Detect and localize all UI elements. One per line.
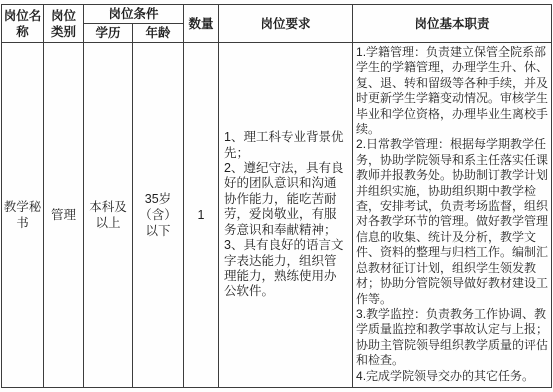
cell-position-category: 管理: [44, 43, 84, 388]
cell-education: 本科及以上: [84, 43, 133, 388]
header-position-category: 岗位类别: [44, 5, 84, 43]
cell-requirements: 1、理工科专业背景优先； 2、遵纪守法，具有良好的团队意识和沟通协作能力，能吃苦…: [219, 43, 353, 388]
header-position-name: 岗位名称: [2, 5, 44, 43]
cell-duties: 1.学籍管理：负责建立保管全院系部学生的学籍管理，办理学生升、休、复、退、转和留…: [353, 43, 552, 388]
table-row: 教学秘书 管理 本科及以上 35岁 （含） 以下 1 1、理工科专业背景优先； …: [2, 43, 552, 388]
header-requirements: 岗位要求: [219, 5, 353, 43]
header-position-conditions: 岗位条件: [84, 5, 184, 24]
page: 岗位名称 岗位类别 岗位条件 数量 岗位要求 岗位基本职责 学历 年龄 教学秘书…: [0, 0, 553, 392]
header-quantity: 数量: [184, 5, 219, 43]
header-age: 年龄: [133, 24, 184, 43]
header-education: 学历: [84, 24, 133, 43]
header-duties: 岗位基本职责: [353, 5, 552, 43]
job-position-table: 岗位名称 岗位类别 岗位条件 数量 岗位要求 岗位基本职责 学历 年龄 教学秘书…: [1, 4, 552, 388]
cell-position-name: 教学秘书: [2, 43, 44, 388]
cell-age: 35岁 （含） 以下: [133, 43, 184, 388]
cell-quantity: 1: [184, 43, 219, 388]
